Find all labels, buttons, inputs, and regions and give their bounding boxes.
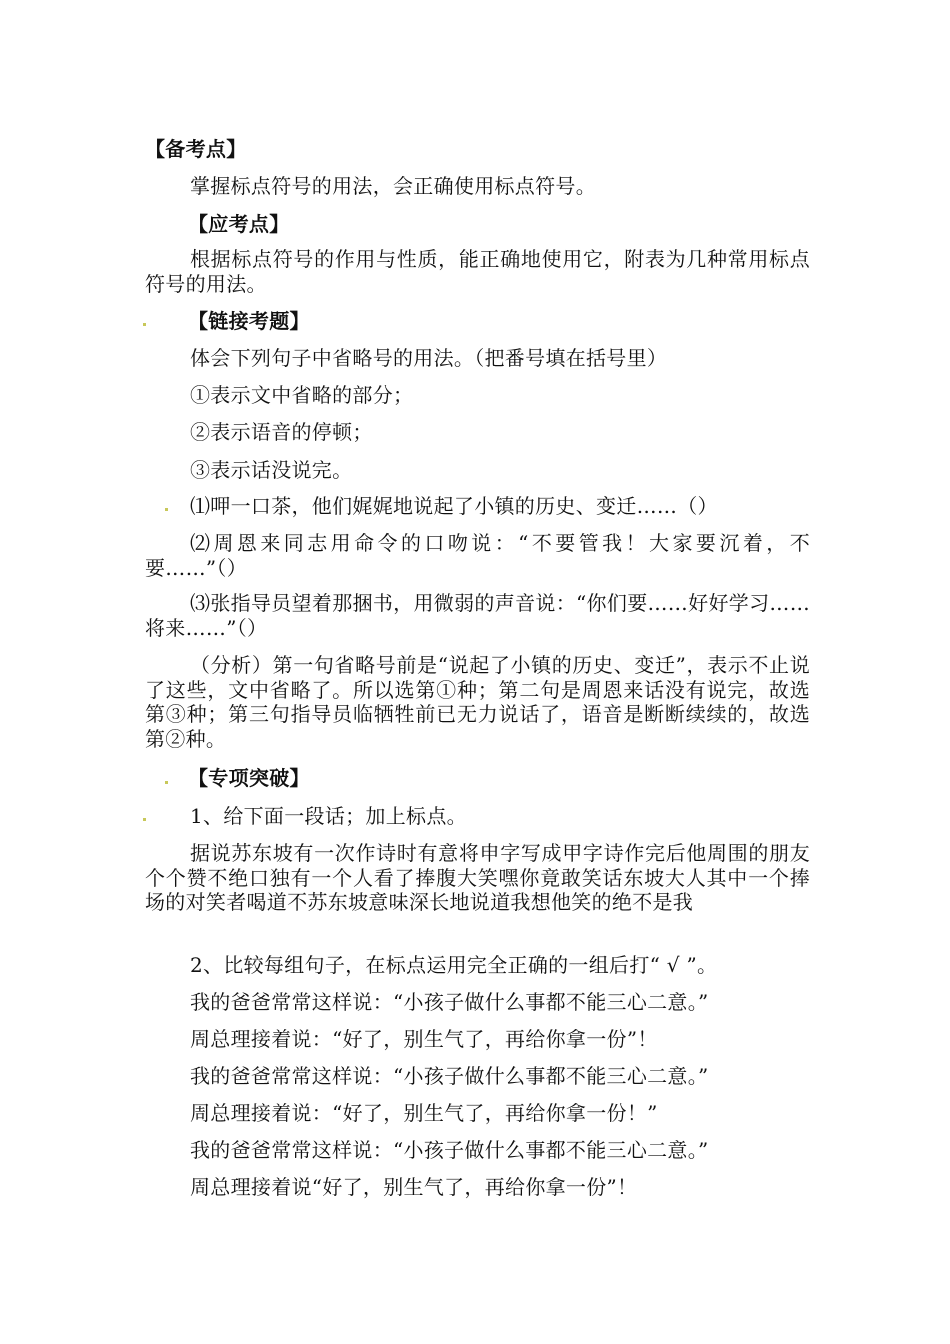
option-2: ②表示语音的停顿； [190,420,373,444]
q2-sentence-1: 我的爸爸常常这样说：“小孩子做什么事都不能三心二意。” [190,990,709,1014]
analysis-text: （分析）第一句省略号前是“说起了小镇的历史、变迁”，表示不止说了这些，文中省略了… [145,653,810,751]
heading-lianjie: 【链接考题】 [188,309,310,333]
marker [165,508,168,511]
option-1: ①表示文中省略的部分； [190,383,413,407]
yingkao-text: 根据标点符号的作用与性质，能正确地使用它，附表为几种常用标点符号的用法。 [145,247,810,296]
q2-sentence-6: 周总理接着说“好了，别生气了，再给你拿一份”！ [190,1175,637,1199]
heading-beikao: 【备考点】 [145,137,247,161]
heading-zhuanxiang: 【专项突破】 [188,766,310,790]
q1-text: 据说苏东坡有一次作诗时有意将申字写成甲字诗作完后他周围的朋友个个赞不绝口独有一个… [145,841,810,915]
beikao-text: 掌握标点符号的用法，会正确使用标点符号。 [190,174,596,198]
marker [143,818,146,821]
question-2: ⑵周恩来同志用命令的口吻说：“不要管我！大家要沉着，不要……”（） [145,531,810,580]
q2-title: 2、比较每组句子，在标点运用完全正确的一组后打“ √ ”。 [190,953,717,977]
q2-sentence-4: 周总理接着说：“好了，别生气了，再给你拿一份！” [190,1101,658,1125]
option-3: ③表示话没说完。 [190,458,352,482]
q1-title: 1、给下面一段话；加上标点。 [190,804,467,828]
q2-sentence-3: 我的爸爸常常这样说：“小孩子做什么事都不能三心二意。” [190,1064,709,1088]
q2-sentence-2: 周总理接着说：“好了，别生气了，再给你拿一份”！ [190,1027,658,1051]
question-3: ⑶张指导员望着那捆书，用微弱的声音说：“你们要……好好学习……将来……”（） [145,591,810,640]
lianjie-intro: 体会下列句子中省略号的用法。（把番号填在括号里） [190,346,667,370]
document-page: 【备考点】 掌握标点符号的用法，会正确使用标点符号。 【应考点】 根据标点符号的… [0,0,950,1344]
heading-yingkao: 【应考点】 [188,212,290,236]
q2-sentence-5: 我的爸爸常常这样说：“小孩子做什么事都不能三心二意。” [190,1138,709,1162]
marker [143,323,146,326]
question-1: ⑴呷一口茶，他们娓娓地说起了小镇的历史、变迁……（） [190,494,718,518]
marker [165,781,168,784]
